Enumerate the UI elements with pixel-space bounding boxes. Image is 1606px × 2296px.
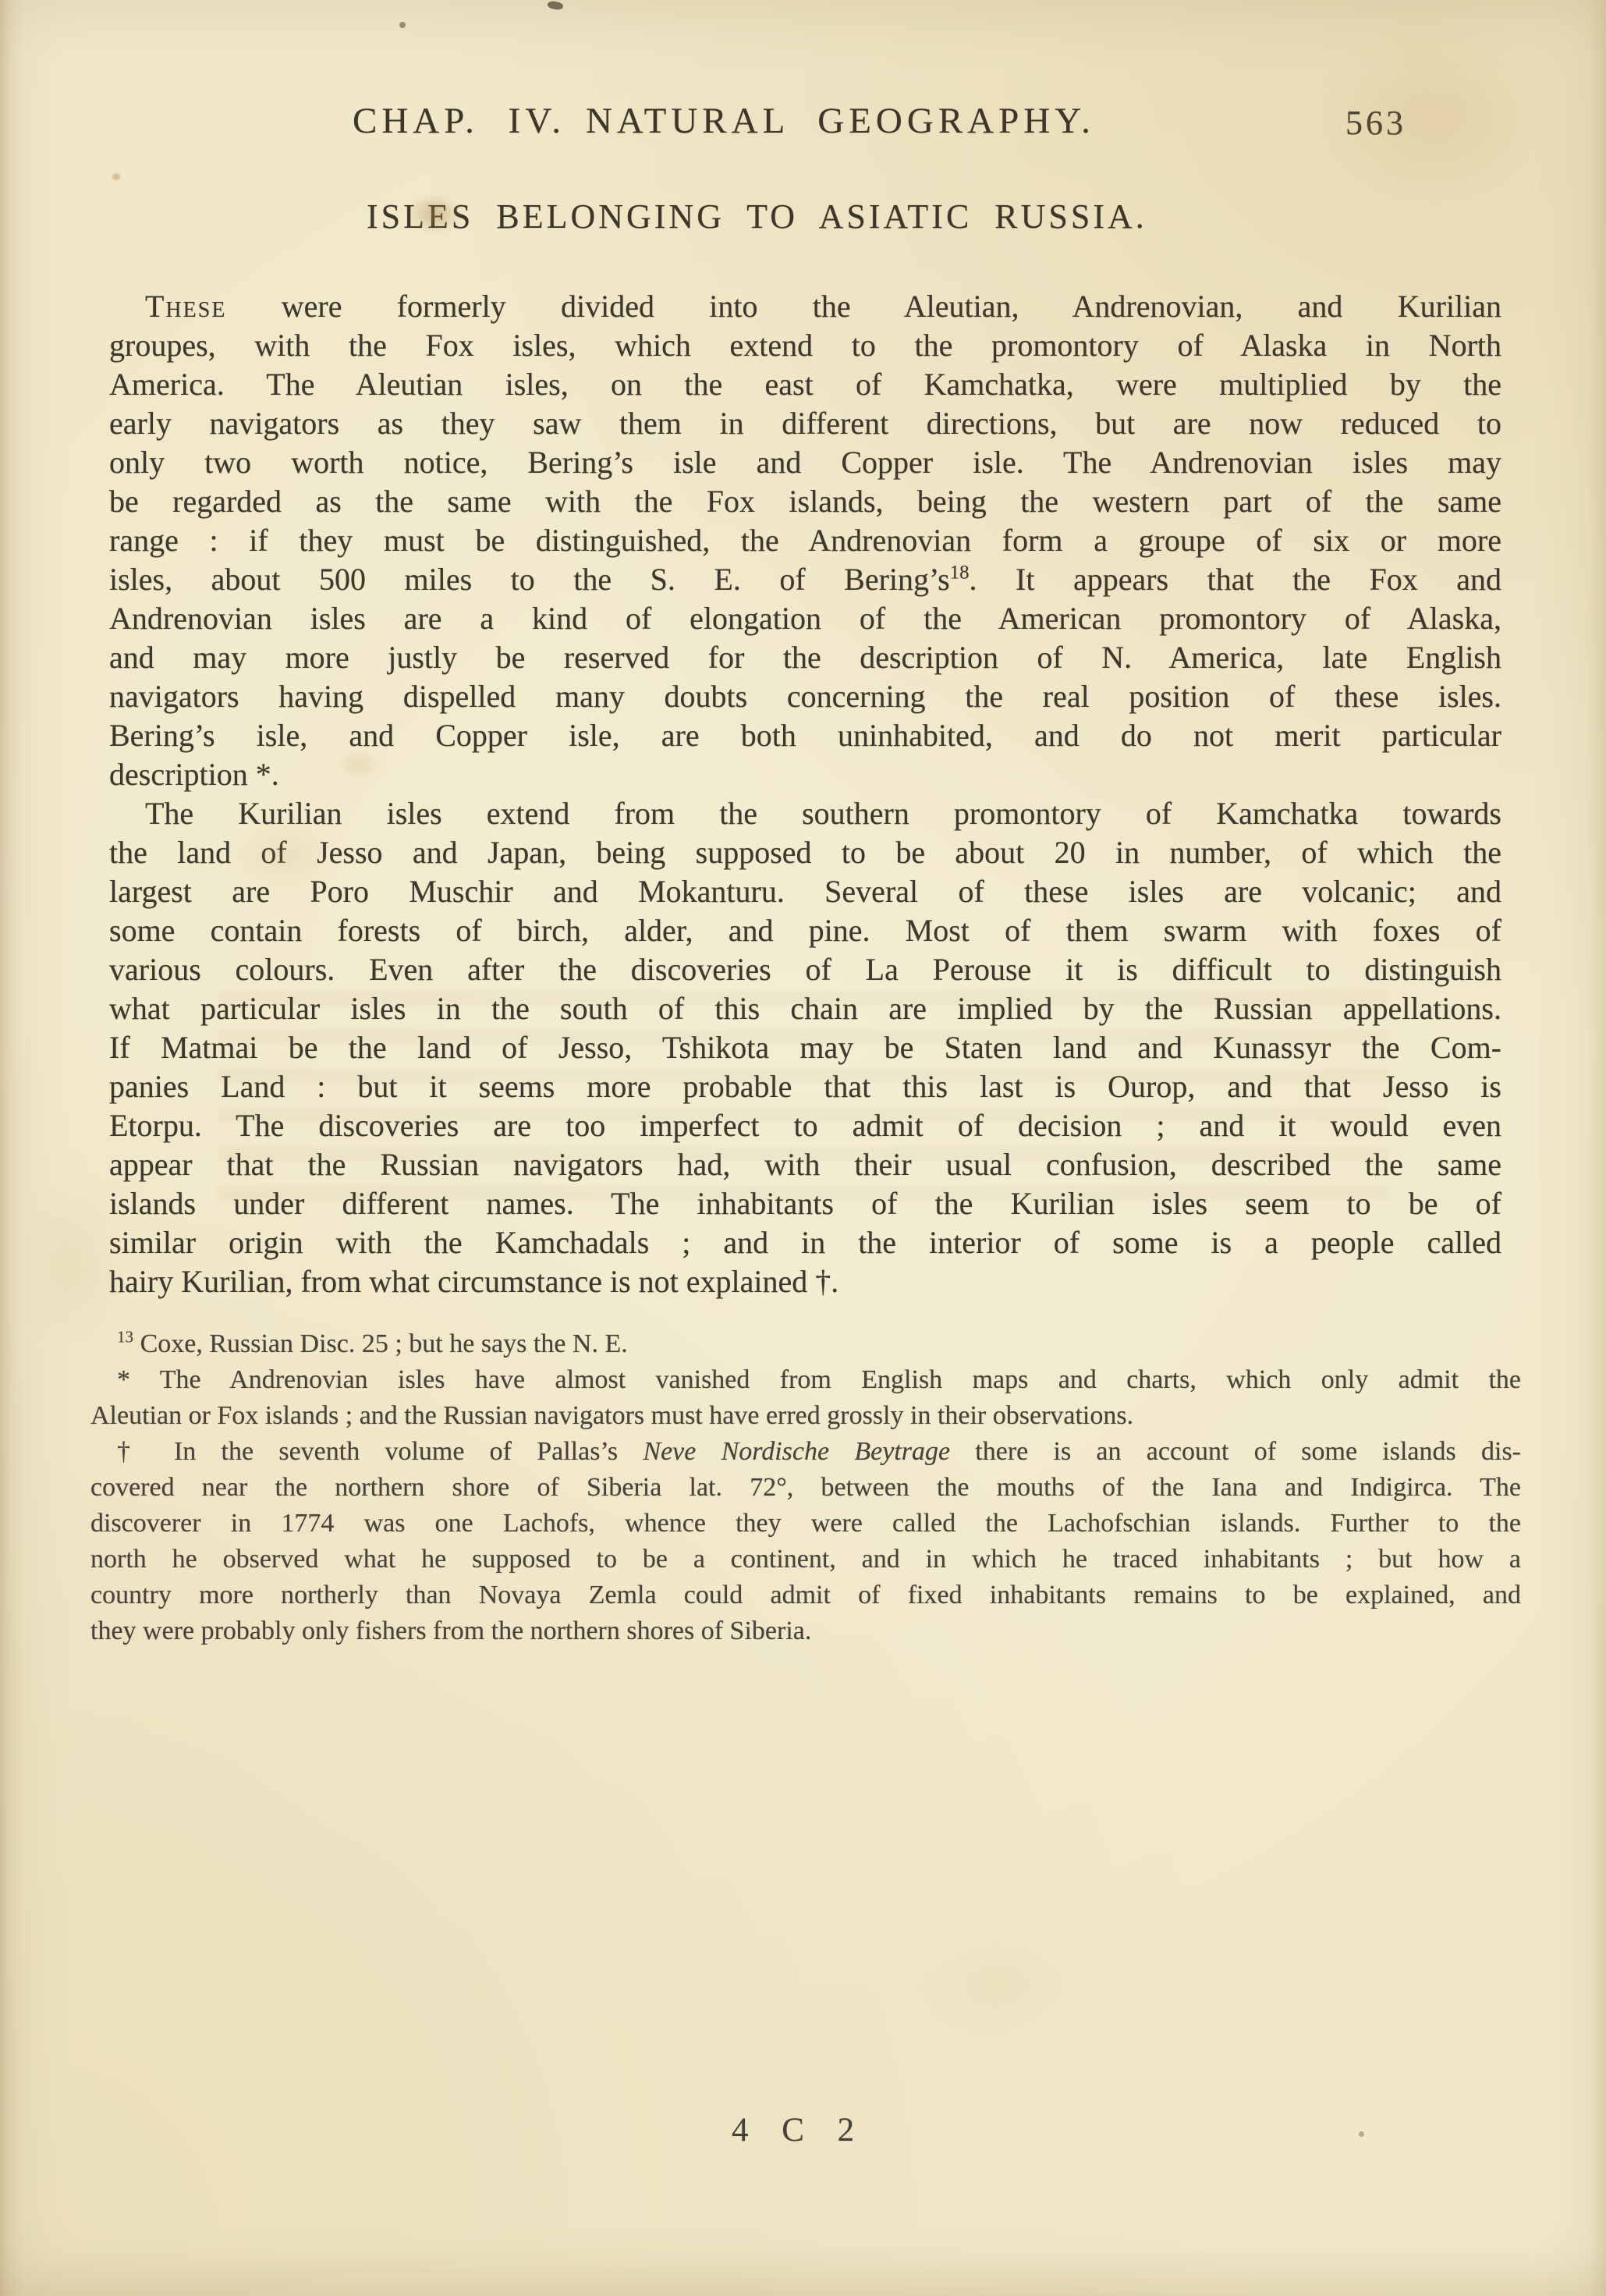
text-segment: there is an account of some islands dis- — [950, 1437, 1521, 1466]
text-segment: be regarded as the same with the Fox isl… — [109, 484, 1501, 519]
text-segment: covered near the northern shore of Siber… — [90, 1473, 1521, 1502]
running-head: CHAP. IV.NATURAL GEOGRAPHY. — [353, 100, 1095, 142]
text-segment: Andrenovian isles are a kind of elongati… — [109, 601, 1501, 636]
text-segment: description *. — [109, 757, 279, 792]
text-line: * The Andrenovian isles have almost vani… — [90, 1362, 1521, 1398]
text-line: covered near the northern shore of Siber… — [90, 1470, 1521, 1506]
text-segment: north he observed what he supposed to be… — [90, 1545, 1521, 1574]
paper-stain — [920, 1935, 1076, 2036]
text-line: navigators having dispelled many doubts … — [109, 677, 1501, 716]
ink-speck — [399, 22, 406, 28]
text-line: islands under different names. The inhab… — [109, 1184, 1501, 1223]
chapter-label: CHAP. IV. — [353, 101, 565, 141]
text-line: groupes, with the Fox isles, which exten… — [109, 326, 1501, 365]
text-line: largest are Poro Muschir and Mokanturu. … — [109, 872, 1501, 911]
text-line: be regarded as the same with the Fox isl… — [109, 482, 1501, 521]
text-segment: some contain forests of birch, alder, an… — [109, 913, 1501, 948]
page-number: 563 — [1345, 103, 1406, 143]
text-segment: Aleutian or Fox islands ; and the Russia… — [90, 1401, 1133, 1430]
text-line: what particular isles in the south of th… — [109, 989, 1501, 1028]
text-line: Bering’s isle, and Copper isle, are both… — [109, 716, 1501, 755]
text-segment: similar origin with the Kamchadals ; and… — [109, 1225, 1501, 1260]
ink-speck — [547, 0, 563, 10]
footnotes: 13 Coxe, Russian Disc. 25 ; but he says … — [90, 1326, 1521, 1649]
text-line: discoverer in 1774 was one Lachofs, when… — [90, 1506, 1521, 1542]
text-line: only two worth notice, Bering’s isle and… — [109, 443, 1501, 482]
foxing-dot — [1359, 2131, 1364, 2137]
paragraph-2: The Kurilian isles extend from the south… — [109, 794, 1501, 1301]
text-line: If Matmai be the land of Jesso, Tshikota… — [109, 1028, 1501, 1067]
text-line: country more northerly than Novaya Zemla… — [90, 1577, 1521, 1613]
text-line: Andrenovian isles are a kind of elongati… — [109, 599, 1501, 638]
text-segment: appear that the Russian navigators had, … — [109, 1147, 1501, 1182]
text-line: appear that the Russian navigators had, … — [109, 1145, 1501, 1184]
text-line: † In the seventh volume of Pallas’s Neve… — [90, 1434, 1521, 1470]
text-line: America. The Aleutian isles, on the east… — [109, 365, 1501, 404]
text-segment: early navigators as they saw them in dif… — [109, 406, 1501, 441]
section-heading-row: ISLES BELONGING TO ASIATIC RUSSIA. — [109, 197, 1501, 236]
text-segment: range : if they must be distinguished, t… — [109, 523, 1501, 558]
text-segment: discoverer in 1774 was one Lachofs, when… — [90, 1509, 1521, 1538]
text-segment: only two worth notice, Bering’s isle and… — [109, 445, 1501, 480]
text-line: The Kurilian isles extend from the south… — [109, 794, 1501, 833]
text-segment: various colours. Even after the discover… — [109, 952, 1501, 987]
footnote-reference: 18 — [950, 562, 970, 584]
text-segment: country more northerly than Novaya Zemla… — [90, 1581, 1521, 1609]
text-line: 13 Coxe, Russian Disc. 25 ; but he says … — [90, 1326, 1521, 1362]
text-segment: isles, about 500 miles to the S. E. of B… — [109, 562, 950, 597]
text-line: Aleutian or Fox islands ; and the Russia… — [90, 1398, 1521, 1434]
paragraph-1: These were formerly divided into the Ale… — [109, 287, 1501, 794]
text-line: some contain forests of birch, alder, an… — [109, 911, 1501, 950]
text-segment: groupes, with the Fox isles, which exten… — [109, 328, 1501, 363]
text-line: and may more justly be reserved for the … — [109, 638, 1501, 677]
text-segment: and may more justly be reserved for the … — [109, 640, 1501, 675]
text-line: Etorpu. The discoveries are too imperfec… — [109, 1106, 1501, 1145]
text-segment: largest are Poro Muschir and Mokanturu. … — [109, 874, 1501, 909]
text-line: panies Land : but it seems more probable… — [109, 1067, 1501, 1106]
section-heading: ISLES BELONGING TO ASIATIC RUSSIA. — [367, 197, 1147, 236]
text-line: various colours. Even after the discover… — [109, 950, 1501, 989]
text-line: hairy Kurilian, from what circumstance i… — [109, 1262, 1501, 1301]
text-segment: were formerly divided into the Aleutian,… — [226, 289, 1501, 324]
text-segment: they were probably only fishers from the… — [90, 1616, 811, 1645]
book-page: CHAP. IV.NATURAL GEOGRAPHY. 563 ISLES BE… — [0, 0, 1606, 2296]
footnote-reference: 13 — [117, 1328, 133, 1347]
text-segment: Neve Nordische Beytrage — [643, 1437, 950, 1466]
text-segment: hairy Kurilian, from what circumstance i… — [109, 1264, 838, 1299]
signature-mark: 4 C 2 — [732, 2111, 867, 2149]
text-segment: * The Andrenovian isles have almost vani… — [117, 1365, 1521, 1394]
running-title: NATURAL GEOGRAPHY. — [586, 101, 1095, 141]
text-segment: Coxe, Russian Disc. 25 ; but he says the… — [133, 1329, 628, 1358]
text-segment: Etorpu. The discoveries are too imperfec… — [109, 1108, 1501, 1143]
text-segment: The Kurilian isles extend from the south… — [145, 796, 1501, 831]
text-line: description *. — [109, 755, 1501, 794]
text-line: range : if they must be distinguished, t… — [109, 521, 1501, 560]
text-segment: what particular isles in the south of th… — [109, 991, 1501, 1026]
text-segment: panies Land : but it seems more probable… — [109, 1069, 1501, 1104]
text-line: similar origin with the Kamchadals ; and… — [109, 1223, 1501, 1262]
text-segment: the land of Jesso and Japan, being suppo… — [109, 835, 1501, 870]
text-line: early navigators as they saw them in dif… — [109, 404, 1501, 443]
foxing-dot — [112, 173, 120, 180]
text-line: isles, about 500 miles to the S. E. of B… — [109, 560, 1501, 599]
text-segment: navigators having dispelled many doubts … — [109, 679, 1501, 714]
text-segment: Bering’s isle, and Copper isle, are both… — [109, 718, 1501, 753]
text-segment: These — [145, 289, 226, 324]
text-line: the land of Jesso and Japan, being suppo… — [109, 833, 1501, 872]
text-segment: † In the seventh volume of Pallas’s — [117, 1437, 643, 1466]
text-line: they were probably only fishers from the… — [90, 1613, 1521, 1649]
text-segment: America. The Aleutian isles, on the east… — [109, 367, 1501, 402]
body-text: These were formerly divided into the Ale… — [109, 287, 1501, 1301]
text-segment: If Matmai be the land of Jesso, Tshikota… — [109, 1030, 1501, 1065]
text-segment: islands under different names. The inhab… — [109, 1186, 1501, 1221]
text-line: These were formerly divided into the Ale… — [109, 287, 1501, 326]
page-header: CHAP. IV.NATURAL GEOGRAPHY. 563 — [109, 100, 1501, 154]
text-segment: . It appears that the Fox and — [970, 562, 1501, 597]
text-line: north he observed what he supposed to be… — [90, 1542, 1521, 1577]
